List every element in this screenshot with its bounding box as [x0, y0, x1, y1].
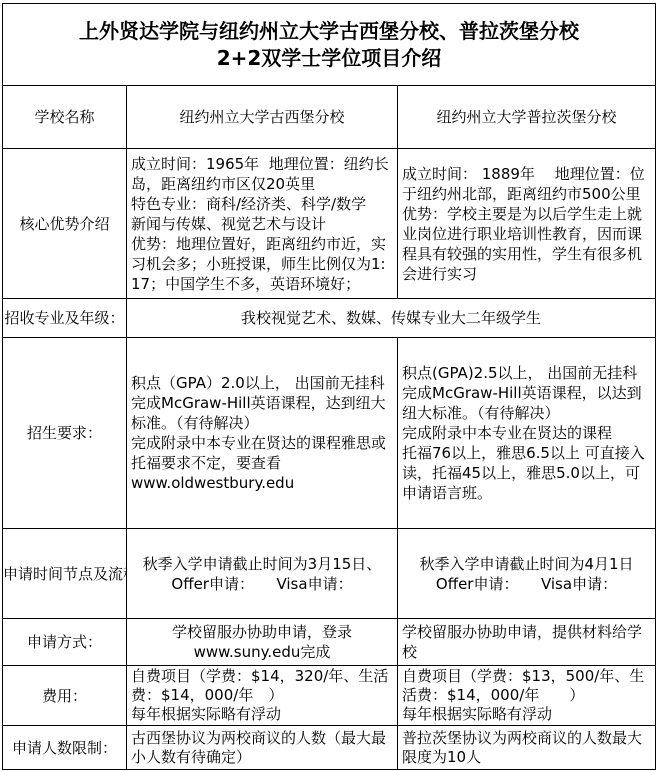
advantages-school2: 成立时间： 1889年 地理位置：位于纽约州北部，距离纽约市500公里 优势：学…: [398, 149, 656, 299]
method-school1: 学校留服办协助申请，登录 www.suny.edu完成: [127, 619, 398, 666]
advantages-row: 核心优势介绍 成立时间：1965年 地理位置：纽约长岛，距离纽约市区仅20英里 …: [3, 149, 656, 299]
school1-name: 纽约州立大学古西堡分校: [127, 86, 398, 149]
advantages-school1: 成立时间：1965年 地理位置：纽约长岛，距离纽约市区仅20英里 特色专业：商科…: [127, 149, 398, 299]
row-label-quota: 申请人数限制：: [3, 726, 127, 770]
quota-school2: 普拉茨堡协议为两校商议的人数最大限度为10人: [398, 726, 656, 770]
majors-row: 招收专业及年级： 我校视觉艺术、数媒、传媒专业大二年级学生: [3, 299, 656, 338]
requirements-school2: 积点(GPA)2.5以上， 出国前无挂科 完成McGraw-Hill英语课程，以…: [398, 338, 656, 529]
majors-merged-cell: 我校视觉艺术、数媒、传媒专业大二年级学生: [127, 299, 656, 338]
page-title-line2: 2+2双学士学位项目介绍: [9, 45, 649, 72]
method-row: 申请方式： 学校留服办协助申请，登录 www.suny.edu完成 学校留服办协…: [3, 619, 656, 666]
quota-row: 申请人数限制： 古西堡协议为两校商议的人数（最大最小人数有待确定） 普拉茨堡协议…: [3, 726, 656, 770]
school-name-row: 学校名称 纽约州立大学古西堡分校 纽约州立大学普拉茨堡分校: [3, 86, 656, 149]
timeline-row: 申请时间节点及流程 秋季入学申请截止时间为3月15日、 Offer申请： Vis…: [3, 529, 656, 619]
row-label-timeline: 申请时间节点及流程: [3, 529, 127, 619]
requirements-row: 招生要求： 积点（GPA）2.0以上， 出国前无挂科 完成McGraw-Hill…: [3, 338, 656, 529]
fees-row: 费用： 自费项目（学费：$14，320/年、生活费：$14，000/年 ） 每年…: [3, 666, 656, 726]
row-label-advantages: 核心优势介绍: [3, 149, 127, 299]
quota-school1: 古西堡协议为两校商议的人数（最大最小人数有待确定）: [127, 726, 398, 770]
fees-school1: 自费项目（学费：$14，320/年、生活费：$14，000/年 ） 每年根据实际…: [127, 666, 398, 726]
row-label-method: 申请方式：: [3, 619, 127, 666]
title-row: 上外贤达学院与纽约州立大学古西堡分校、普拉茨堡分校 2+2双学士学位项目介绍: [3, 4, 656, 86]
row-label-school-name: 学校名称: [3, 86, 127, 149]
fees-school2: 自费项目（学费：$13，500/年、生活费：$14，000/年 ） 每年根据实际…: [398, 666, 656, 726]
school2-name: 纽约州立大学普拉茨堡分校: [398, 86, 656, 149]
timeline-school2: 秋季入学申请截止时间为4月1日 Offer申请： Visa申请：: [398, 529, 656, 619]
requirements-school1: 积点（GPA）2.0以上， 出国前无挂科 完成McGraw-Hill英语课程，达…: [127, 338, 398, 529]
row-label-fees: 费用：: [3, 666, 127, 726]
row-label-majors: 招收专业及年级：: [3, 299, 127, 338]
table-title-cell: 上外贤达学院与纽约州立大学古西堡分校、普拉茨堡分校 2+2双学士学位项目介绍: [3, 4, 656, 86]
timeline-school1: 秋季入学申请截止时间为3月15日、 Offer申请： Visa申请：: [127, 529, 398, 619]
method-school2: 学校留服办协助申请，提供材料给学校: [398, 619, 656, 666]
program-table: 上外贤达学院与纽约州立大学古西堡分校、普拉茨堡分校 2+2双学士学位项目介绍 学…: [2, 3, 656, 770]
row-label-requirements: 招生要求：: [3, 338, 127, 529]
page-title-line1: 上外贤达学院与纽约州立大学古西堡分校、普拉茨堡分校: [9, 18, 649, 45]
